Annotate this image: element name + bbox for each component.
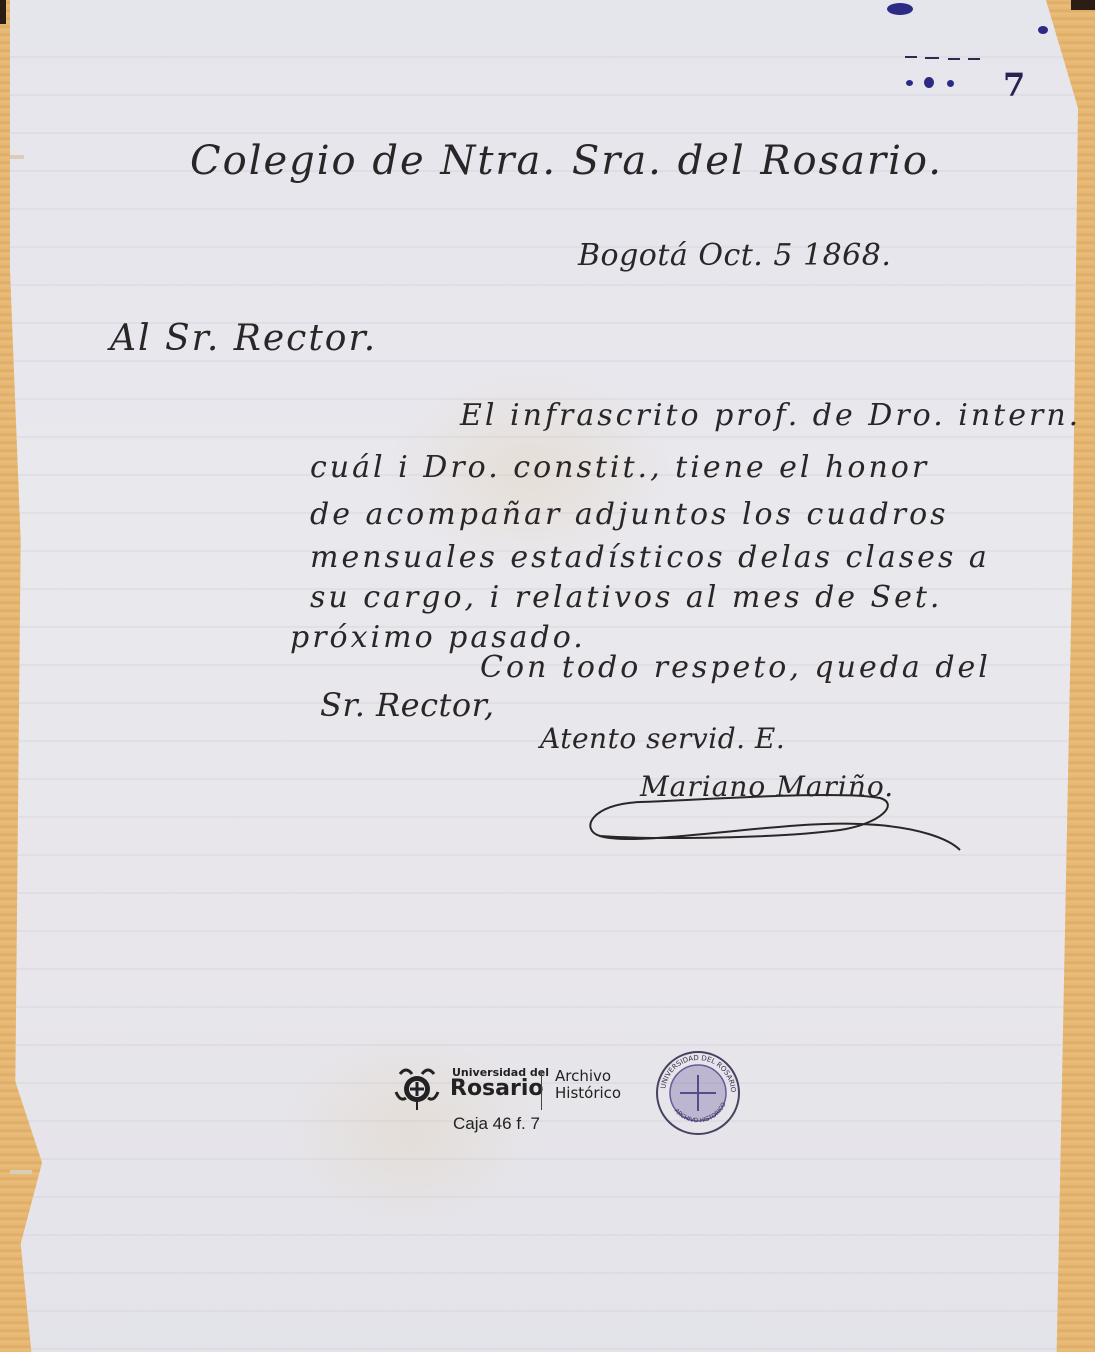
body-line: El infrascrito prof. de Dro. intern.: [460, 398, 1081, 433]
background-edge-left: [0, 0, 6, 24]
archive-department: Archivo Histórico: [555, 1068, 621, 1102]
body-line: de acompañar adjuntos los cuadros: [310, 497, 949, 532]
institution-name: Rosario: [450, 1076, 544, 1101]
department-line-2: Histórico: [555, 1085, 621, 1102]
closing-addressee: Sr. Rector,: [320, 686, 495, 724]
folio-dash: [968, 58, 980, 60]
folio-dash: [925, 57, 939, 59]
folio-dash: [905, 56, 917, 58]
ink-dot: [924, 77, 934, 88]
archive-stamp-icon: UNIVERSIDAD DEL ROSARIO ARCHIVO HISTORIC…: [655, 1050, 741, 1136]
letter-date: Bogotá Oct. 5 1868.: [578, 238, 891, 273]
department-line-1: Archivo: [555, 1068, 621, 1085]
ink-dot: [906, 80, 913, 86]
body-line: su cargo, i relativos al mes de Set.: [310, 580, 942, 615]
folio-dash: [948, 58, 960, 60]
signature-flourish-icon: [580, 790, 980, 860]
body-line: mensuales estadísticos delas clases a: [310, 540, 990, 575]
folio-number: 7: [1003, 66, 1025, 104]
body-line: cuál i Dro. constit., tiene el honor: [310, 450, 929, 485]
label-divider: [541, 1070, 542, 1110]
ink-blot: [887, 3, 913, 15]
archive-reference: Caja 46 f. 7: [453, 1114, 540, 1134]
letter-salutation: Al Sr. Rector.: [110, 318, 377, 359]
university-crest-icon: [392, 1062, 442, 1112]
paper-tear: [10, 1170, 32, 1174]
closing-servant: Atento servid. E.: [540, 722, 785, 755]
paper-tear: [10, 155, 24, 159]
ink-blot: [1038, 26, 1048, 34]
ink-dot: [947, 80, 954, 87]
closing-line: Con todo respeto, queda del: [480, 650, 991, 685]
letter-heading: Colegio de Ntra. Sra. del Rosario.: [190, 138, 943, 184]
background-edge: [1071, 0, 1095, 10]
